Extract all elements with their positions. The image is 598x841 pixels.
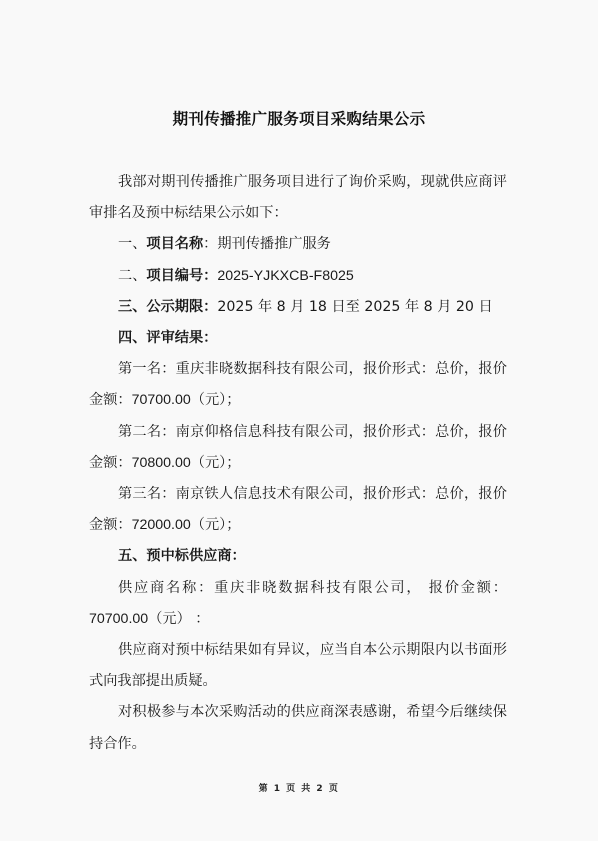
winner-text: 供应商名称：重庆非晓数据科技有限公司， 报价金额： bbox=[118, 580, 507, 596]
colon: ： bbox=[232, 548, 246, 564]
document-body: 我部对期刊传播推广服务项目进行了询价采购，现就供应商评审排名及预中标结果公示如下… bbox=[89, 167, 507, 760]
company-name: 南京铁人信息技术有限公司 bbox=[176, 486, 349, 502]
thanks-paragraph: 对积极参与本次采购活动的供应商深表感谢，希望今后继续保持合作。 bbox=[89, 697, 507, 759]
item-label: 公示期限 bbox=[146, 299, 203, 315]
item-prefix: 五、 bbox=[118, 548, 146, 564]
bid-amount: 72000.00 bbox=[132, 517, 191, 533]
item-value: 2025-YJKXCB-F8025 bbox=[217, 268, 353, 284]
unit: （元）； bbox=[191, 517, 241, 533]
ranking-2: 第二名：南京仰格信息科技有限公司，报价形式：总价，报价金额：70800.00（元… bbox=[89, 417, 507, 479]
item-prefix: 二、 bbox=[118, 268, 146, 284]
item-review-results: 四、评审结果： bbox=[89, 323, 507, 354]
unit: （元） ： bbox=[148, 611, 209, 627]
colon: ： bbox=[203, 330, 217, 346]
intro-paragraph: 我部对期刊传播推广服务项目进行了询价采购，现就供应商评审排名及预中标结果公示如下… bbox=[89, 167, 507, 229]
bid-amount: 70800.00 bbox=[132, 455, 191, 471]
item-project-number: 二、项目编号：2025-YJKXCB-F8025 bbox=[89, 261, 507, 292]
rank-label: 第二名： bbox=[118, 424, 176, 440]
rank-label: 第三名： bbox=[118, 486, 176, 502]
item-value: 2025 年 8 月 18 日至 2025 年 8 月 20 日 bbox=[217, 299, 492, 315]
item-publicity-period: 三、公示期限：2025 年 8 月 18 日至 2025 年 8 月 20 日 bbox=[89, 292, 507, 323]
item-prefix: 一、 bbox=[118, 236, 146, 252]
document-title: 期刊传播推广服务项目采购结果公示 bbox=[0, 107, 598, 129]
company-name: 重庆非晓数据科技有限公司 bbox=[176, 361, 349, 377]
winner-amount: 70700.00 bbox=[89, 611, 148, 627]
rank-label: 第一名： bbox=[118, 361, 176, 377]
unit: （元）； bbox=[191, 455, 241, 471]
item-label: 评审结果 bbox=[146, 330, 203, 346]
objection-paragraph: 供应商对预中标结果如有异议，应当自本公示期限内以书面形式向我部提出质疑。 bbox=[89, 635, 507, 697]
section-winning-supplier: 五、预中标供应商： bbox=[89, 541, 507, 572]
bid-amount: 70700.00 bbox=[132, 392, 191, 408]
item-prefix: 三、 bbox=[118, 299, 146, 315]
colon: ： bbox=[203, 236, 217, 252]
item-project-name: 一、项目名称：期刊传播推广服务 bbox=[89, 229, 507, 260]
colon: ： bbox=[203, 299, 217, 315]
unit: （元）； bbox=[191, 392, 241, 408]
ranking-1: 第一名：重庆非晓数据科技有限公司，报价形式：总价，报价金额：70700.00（元… bbox=[89, 354, 507, 416]
item-label: 预中标供应商 bbox=[146, 548, 231, 564]
item-prefix: 四、 bbox=[118, 330, 146, 346]
winner-paragraph: 供应商名称：重庆非晓数据科技有限公司， 报价金额：70700.00（元） ： bbox=[89, 573, 507, 635]
item-label: 项目名称 bbox=[146, 236, 203, 252]
ranking-3: 第三名：南京铁人信息技术有限公司，报价形式：总价，报价金额：72000.00（元… bbox=[89, 479, 507, 541]
document-page: 期刊传播推广服务项目采购结果公示 我部对期刊传播推广服务项目进行了询价采购，现就… bbox=[0, 0, 598, 841]
company-name: 南京仰格信息科技有限公司 bbox=[176, 424, 349, 440]
colon: ： bbox=[203, 268, 217, 284]
page-number-footer: 第 1 页 共 2 页 bbox=[0, 781, 598, 794]
item-label: 项目编号 bbox=[146, 268, 203, 284]
item-value: 期刊传播推广服务 bbox=[217, 236, 331, 252]
